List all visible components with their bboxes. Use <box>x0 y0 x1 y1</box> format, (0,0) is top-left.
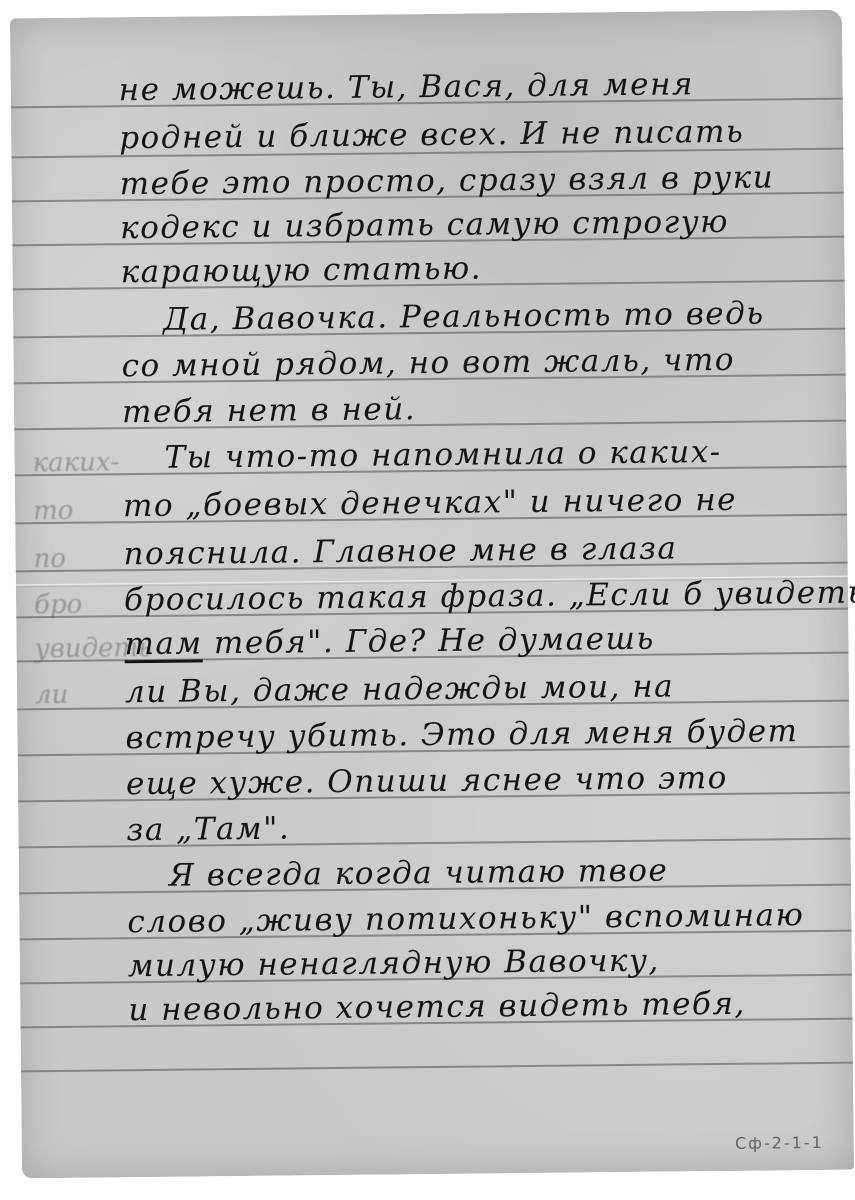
archive-mark: Сф-2-1-1 <box>735 1133 824 1153</box>
faded-margin-text: каких- <box>32 447 119 478</box>
letter-line: пояснила. Главное мне в глаза <box>123 532 833 570</box>
letter-line: со мной рядом, но вот жаль, что <box>121 344 831 382</box>
letter-line-rest: тебя". Где? Не думаешь <box>202 621 654 662</box>
letter-line: не можешь. Ты, Вася, для меня <box>119 68 829 106</box>
letter-line: тебя нет в ней. <box>122 390 832 428</box>
letter-line: и невольно хочется видеть тебя, <box>128 988 838 1026</box>
faded-margin-text: ли <box>35 680 69 710</box>
letter-line: милую ненаглядную Вавочку, <box>128 944 838 982</box>
underlined-word: там <box>124 625 202 662</box>
letter-line: еще хуже. Опиши яснее что это <box>126 762 836 800</box>
letter-page: каких- то по бро увидеть ли не можешь. Т… <box>10 10 854 1179</box>
letter-line: там тебя". Где? Не думаешь <box>124 622 834 660</box>
letter-line: тебе это просто, сразу взял в руки <box>120 162 830 200</box>
letter-line: встречу убить. Это для меня будет <box>125 716 835 754</box>
letter-line: ли Вы, даже надежды мои, на <box>125 670 835 708</box>
letter-line: бросилось такая фраза. „Если б увидеть <box>124 578 834 616</box>
faded-margin-text: то <box>33 496 74 526</box>
letter-line: за „Там". <box>126 808 836 846</box>
letter-line: родней и ближе всех. И не писать <box>119 116 829 154</box>
letter-line: Да, Вавочка. Реальность то ведь <box>163 298 831 336</box>
letter-line: кодекс и избрать самую строгую <box>120 206 830 244</box>
faded-margin-text: по <box>33 544 66 574</box>
letter-line: карающую статью. <box>120 250 830 288</box>
ruled-line <box>21 1062 853 1072</box>
faded-margin-text: бро <box>34 590 82 621</box>
letter-line: то „боевых денечках" и ничего не <box>123 484 833 522</box>
letter-line: слово „живу потихоньку" вспоминаю <box>127 900 837 938</box>
